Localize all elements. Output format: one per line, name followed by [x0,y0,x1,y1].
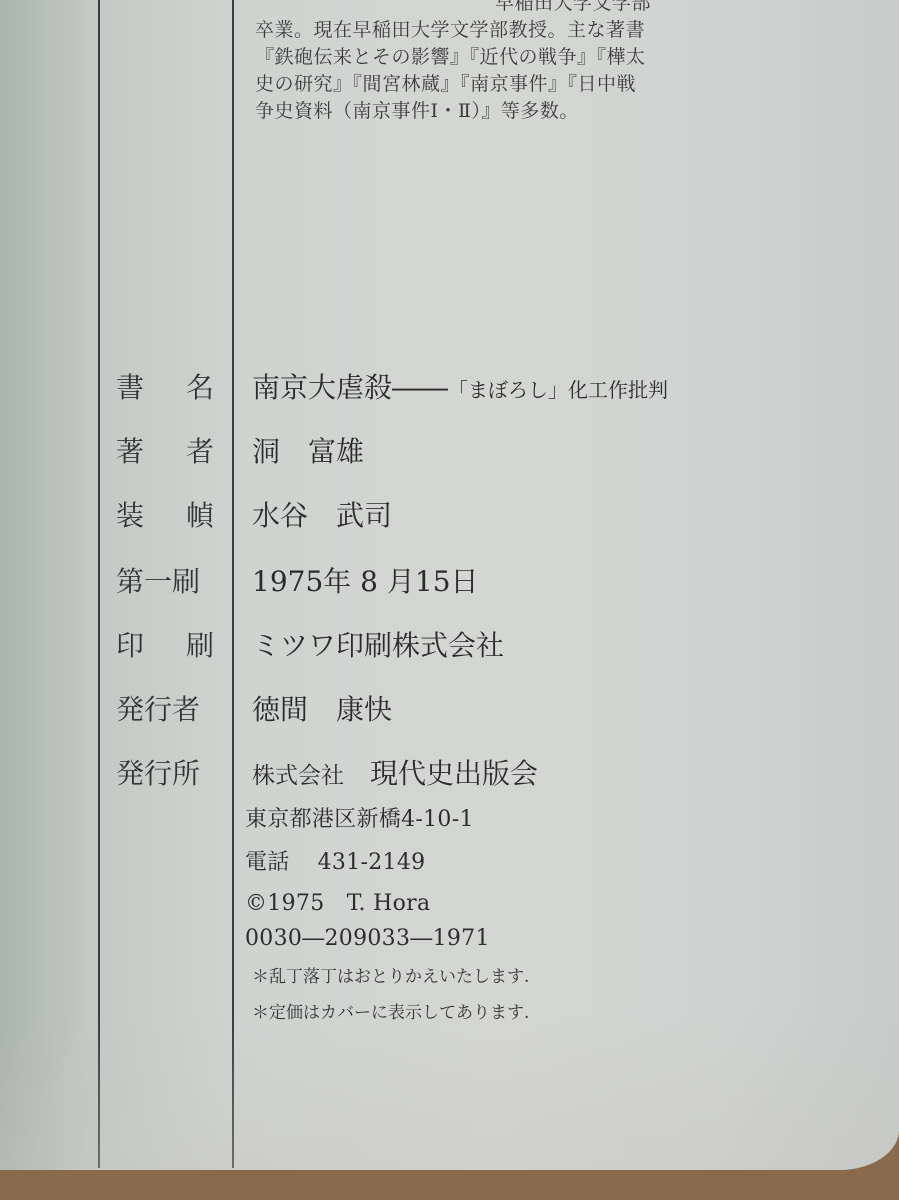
value-author: 洞 富雄 [252,430,364,470]
row-printer: 印 刷 ミツワ印刷株式会社 [0,624,899,664]
bio-line: 卒業。現在早稲田大学文学部教授。主な著書 [255,17,725,44]
label-publishing-house: 発行所 [116,752,214,792]
label-title: 書 名 [116,366,214,406]
row-first-print: 第一刷 1975年 8 月15日 [0,560,899,600]
label-first-print: 第一刷 [116,560,214,600]
label-printer: 印 刷 [116,624,214,664]
book-code: 0030―209033―1971 [245,926,490,951]
label-author: 著 者 [116,430,214,470]
copyright: ©1975 T. Hora [245,886,430,917]
label-binding: 装 幀 [116,494,214,534]
book-page: 早稲田大学文学部 卒業。現在早稲田大学文学部教授。主な著書 『鉄砲伝来とその影響… [0,0,899,1170]
note-misprint: ＊乱丁落丁はおとりかえいたします. [252,962,529,987]
value-printer: ミツワ印刷株式会社 [252,624,504,664]
note-price: ＊定価はカバーに表示してあります. [252,998,529,1023]
value-first-print: 1975年 8 月15日 [252,560,479,600]
row-title: 書 名 南京大虐殺――「まぼろし」化工作批判 [0,366,899,406]
value-publisher: 徳間 康快 [252,688,392,728]
row-author: 著 者 洞 富雄 [0,430,899,470]
value-publishing-house: 株式会社現代史出版会 [252,752,538,792]
phone: 電話431-2149 [245,845,425,876]
label-publisher: 発行者 [116,688,214,728]
bio-line: 『鉄砲伝来とその影響』『近代の戦争』『樺太 [255,44,725,71]
bio-line: 早稲田大学文学部 [255,0,725,17]
row-publishing-house: 発行所 株式会社現代史出版会 [0,752,899,792]
bio-line: 争史資料（南京事件Ⅰ・Ⅱ）』等多数。 [255,98,725,125]
row-binding: 装 幀 水谷 武司 [0,494,899,534]
bio-line: 史の研究』『間宮林蔵』『南京事件』『日中戦 [255,71,725,98]
row-publisher: 発行者 徳間 康快 [0,688,899,728]
value-binding: 水谷 武司 [252,494,392,534]
address: 東京都港区新橋4-10-1 [245,802,474,833]
author-bio: 早稲田大学文学部 卒業。現在早稲田大学文学部教授。主な著書 『鉄砲伝来とその影響… [255,0,725,125]
value-title: 南京大虐殺――「まぼろし」化工作批判 [252,366,668,406]
